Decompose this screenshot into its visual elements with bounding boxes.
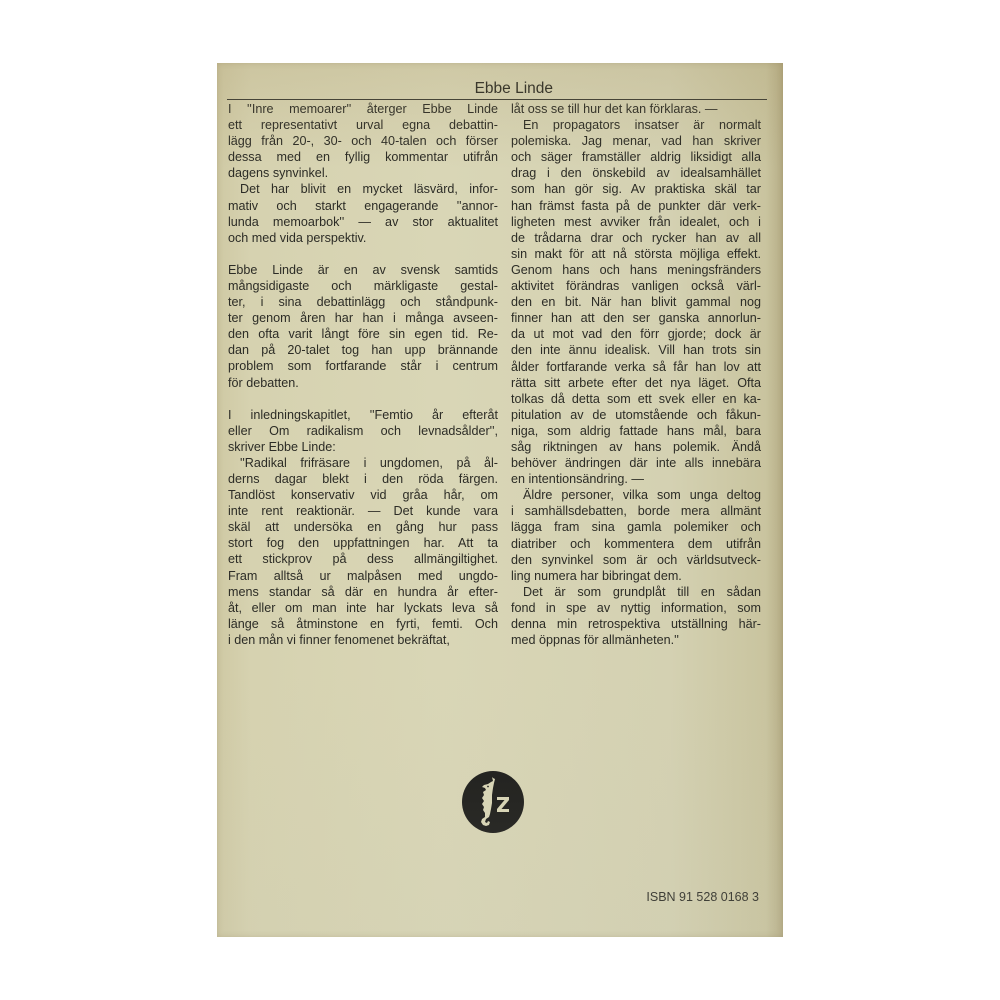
text-line: rätta sitt arbete efter det nya läget. O…	[511, 375, 761, 391]
text-line: dan på 20-talet tog han upp brännande	[228, 342, 498, 358]
paragraph: En propagators insatser är normaltpolemi…	[511, 117, 761, 487]
text-line: sin makt för att nå största möjliga effe…	[511, 246, 761, 262]
text-line: en intentionsändring. —	[511, 471, 761, 487]
text-line: I inledningskapitlet, ''Femtio år efterå…	[228, 407, 498, 423]
text-line: drag i den önskebild av idealsamhället	[511, 165, 761, 181]
text-line: ett representativt urval egna debattin-	[228, 117, 498, 133]
text-line: i den mån vi finner fenomenet bekräftat,	[228, 632, 498, 648]
text-line: ålder fortfarande verka så får han lov a…	[511, 359, 761, 375]
text-line: den ofta varit långt före sin egen tid. …	[228, 326, 498, 342]
book-back-cover: Ebbe Linde I ''Inre memoarer'' återger E…	[217, 63, 783, 937]
header-rule	[227, 99, 767, 100]
text-line: aktivitet förändras vanligen också värl-	[511, 278, 761, 294]
text-line: mens standar så där en hundra år efter-	[228, 584, 498, 600]
text-line: Tandlöst konservativ vid gråa hår, om	[228, 487, 498, 503]
text-line: derns dagar blekt i den röda färgen.	[228, 471, 498, 487]
text-line: skäl att undersöka en gång hur pass	[228, 519, 498, 535]
paragraph: låt oss se till hur det kan förklaras. —	[511, 101, 761, 117]
text-line: den en bit. När han blivit gammal nog	[511, 294, 761, 310]
text-line: med öppnas för allmänheten.''	[511, 632, 761, 648]
publisher-logo	[462, 771, 524, 833]
text-line: da ut mot vad den förr gjorde; dock är	[511, 326, 761, 342]
text-line: den inte ännu idealisk. Vill han trots s…	[511, 342, 761, 358]
text-line: han främst fasta på de punkter där verk-	[511, 198, 761, 214]
paragraph: Det är som grundplåt till en sådanfond i…	[511, 584, 761, 648]
text-line: tolkas då detta som ett svek eller en ka…	[511, 391, 761, 407]
text-line: och med vida perspektiv.	[228, 230, 498, 246]
paragraph: Det har blivit en mycket läsvärd, infor-…	[228, 181, 498, 245]
text-line: niga, som aldrig fattade hans mål, bara	[511, 423, 761, 439]
text-line: ett stickprov på dess allmängiltighet.	[228, 551, 498, 567]
text-line: Genom hans och hans meningsfränders	[511, 262, 761, 278]
text-line: skriver Ebbe Linde:	[228, 439, 498, 455]
text-line: som han gör sig. Av praktiska skäl tar	[511, 181, 761, 197]
text-line: behöver ändringen där inte alls innebära	[511, 455, 761, 471]
text-line: denna min retrospektiva utställning här-	[511, 616, 761, 632]
text-line: dagens synvinkel.	[228, 165, 498, 181]
text-line: Äldre personer, vilka som unga deltog	[511, 487, 761, 503]
text-line: eller Om radikalism och levnadsålder'',	[228, 423, 498, 439]
text-line: problem som fortfarande står i centrum	[228, 358, 498, 374]
text-line: stort fog den uppfattningen har. Att ta	[228, 535, 498, 551]
text-line: Fram alltså ur malpåsen med ungdo-	[228, 568, 498, 584]
text-line: ling numera har bibringat dem.	[511, 568, 761, 584]
text-line: ter, i sina debattinlägg och ståndpunk-	[228, 294, 498, 310]
text-line: Det är som grundplåt till en sådan	[511, 584, 761, 600]
right-column: låt oss se till hur det kan förklaras. —…	[511, 101, 761, 648]
text-line: åt, eller om man inte har lyckats leva s…	[228, 600, 498, 616]
text-line: och säger framställer aldrig liksidigt a…	[511, 149, 761, 165]
text-line: den synvinkel som är och världsutveck-	[511, 552, 761, 568]
text-line: såg riktningen av hans polemik. Ändå	[511, 439, 761, 455]
text-line: Ebbe Linde är en av svensk samtids	[228, 262, 498, 278]
paragraph: I inledningskapitlet, ''Femtio år efterå…	[228, 407, 498, 455]
text-line: En propagators insatser är normalt	[511, 117, 761, 133]
isbn-number: ISBN 91 528 0168 3	[646, 890, 759, 904]
text-line: pitulation av de utomstående och fåkun-	[511, 407, 761, 423]
text-line: länge så åtminstone en fyrti, femti. Och	[228, 616, 498, 632]
text-line: fond in spe av nyttig information, som	[511, 600, 761, 616]
text-line: låt oss se till hur det kan förklaras. —	[511, 101, 761, 117]
paragraph: Ebbe Linde är en av svensk samtidsmångsi…	[228, 262, 498, 391]
text-line: I ''Inre memoarer'' återger Ebbe Linde	[228, 101, 498, 117]
text-line: diatriber och kommentera dem utifrån	[511, 536, 761, 552]
text-line: lunda memoarbok'' — av stor aktualitet	[228, 214, 498, 230]
text-line: ligheten mest avviker från idealet, och …	[511, 214, 761, 230]
text-line: Det har blivit en mycket läsvärd, infor-	[228, 181, 498, 197]
left-column: I ''Inre memoarer'' återger Ebbe Lindeet…	[228, 101, 498, 648]
paragraph: Äldre personer, vilka som unga deltogi s…	[511, 487, 761, 584]
text-line: mångsidigaste och märkligaste gestal-	[228, 278, 498, 294]
text-line: finner han att den ser ganska annorlun-	[511, 310, 761, 326]
text-line: ter genom åren har han i många avseen-	[228, 310, 498, 326]
text-line: ''Radikal frifräsare i ungdomen, på ål-	[228, 455, 498, 471]
text-line: dessa med en fyllig kommentar utifrån	[228, 149, 498, 165]
paragraph: ''Radikal frifräsare i ungdomen, på ål-d…	[228, 455, 498, 648]
text-line: mativ och starkt engagerande ''annor-	[228, 198, 498, 214]
text-line: för debatten.	[228, 375, 498, 391]
paragraph: I ''Inre memoarer'' återger Ebbe Lindeet…	[228, 101, 498, 181]
text-line: inte rent reaktionär. — Det kunde vara	[228, 503, 498, 519]
text-line: de trådarna drar och rycker han av all	[511, 230, 761, 246]
text-line: polemiska. Jag menar, vad han skriver	[511, 133, 761, 149]
author-header: Ebbe Linde	[217, 80, 783, 98]
text-line: i samhällsdebatten, borde mera allmänt	[511, 503, 761, 519]
text-line: lägg från 20-, 30- och 40-talen och förs…	[228, 133, 498, 149]
text-line: lägga fram sina gamla polemiker och	[511, 519, 761, 535]
seahorse-z-logo-icon	[462, 771, 524, 833]
